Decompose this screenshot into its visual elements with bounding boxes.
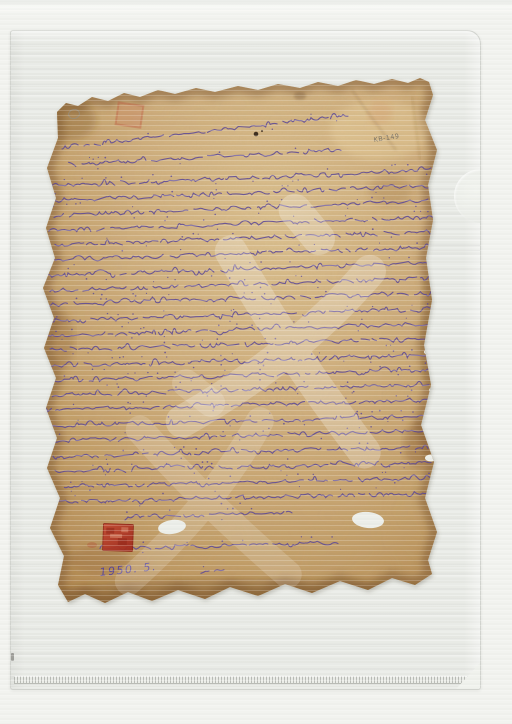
ink-blot (254, 132, 259, 137)
red-seal (103, 523, 134, 551)
scanned-photo: 1950. 5. KB-149 (0, 0, 512, 724)
ink-blot (261, 130, 263, 132)
seal-ink-bleed (87, 542, 97, 548)
manuscript-artwork: 1950. 5. KB-149 (0, 0, 512, 724)
faded-stamp (116, 102, 144, 127)
